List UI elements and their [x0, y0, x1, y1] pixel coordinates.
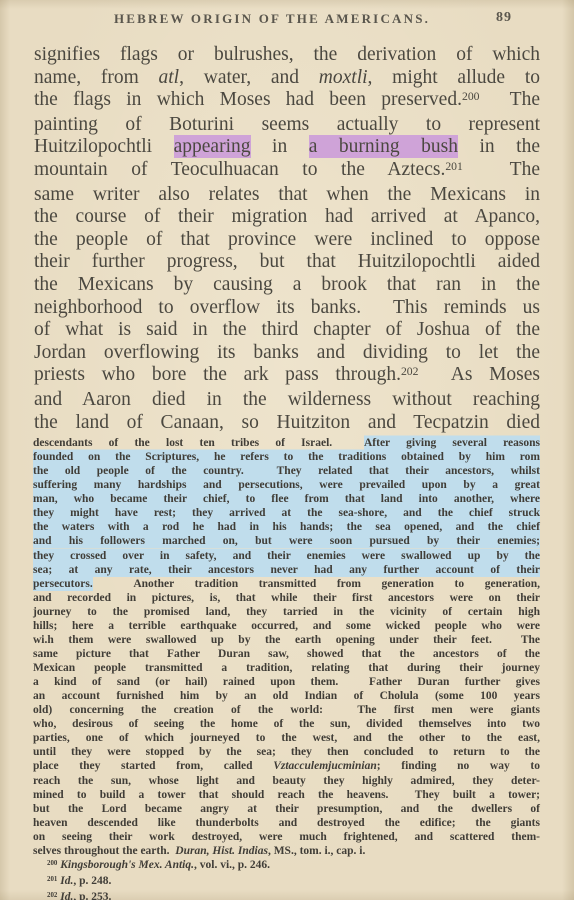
highlight-blue: sea; at any rate, their ancestors never …: [33, 564, 540, 576]
footnote-text-line: sea; at any rate, their ancestors never …: [33, 563, 540, 577]
body-text-line: mountain of Teoculhuacan to the Aztecs.2…: [34, 159, 540, 184]
text-segment: an account furnished him by an old India…: [33, 690, 540, 702]
highlight-blue: the old people of the country. They rela…: [33, 465, 540, 477]
text-segment: the land of Canaan, so Huitziton and Tec…: [34, 412, 540, 433]
highlight-blue: suffering many hardships and persecution…: [33, 479, 540, 491]
text-segment: reach the sun, whose light and beauty th…: [33, 775, 540, 787]
page-number: 89: [496, 10, 512, 26]
highlight-purple: appearing: [174, 136, 251, 157]
text-segment: and Aaron died in the wilderness without…: [34, 389, 540, 410]
text-segment: , might allude to: [368, 67, 540, 88]
highlight-blue: they might have rest; they arrived at th…: [33, 507, 540, 519]
book-page: HEBREW ORIGIN OF THE AMERICANS. 89 signi…: [0, 0, 574, 900]
text-segment: As Moses: [418, 364, 540, 385]
body-text-line: neighborhood to overflow its banks. This…: [34, 297, 540, 320]
highlight-blue: persecutors.: [33, 578, 93, 590]
highlight-blue: the waters with a rod he had in his hand…: [33, 521, 540, 533]
text-segment: a kind of sand (or hail) rained upon the…: [33, 676, 540, 688]
body-text-line: signifies flags or bulrushes, the deriva…: [34, 44, 540, 67]
footnote-marker: 202: [47, 892, 57, 899]
footnote-text-line: descendants of the lost ten tribes of Is…: [33, 436, 540, 450]
text-segment: painting of Boturini seems actually to r…: [34, 114, 540, 135]
footnote-text-line: place they started from, called Vztaccul…: [33, 759, 540, 773]
body-text-line: of what is said in the third chapter of …: [34, 319, 540, 342]
citation-line: 202 Id., p. 253.: [33, 890, 540, 900]
text-segment: , MS., tom. i., cap. i.: [268, 845, 365, 857]
text-segment: the people of that province were incline…: [34, 229, 540, 250]
footnote-text-line: selves throughout the earth. Duran, Hist…: [33, 844, 540, 858]
italic-text: Kingsborough's Mex. Antiq.: [60, 859, 194, 871]
footnote-marker: 200: [47, 860, 57, 867]
footnote-text-line: and his followers marched on, but were s…: [33, 534, 540, 548]
footnote-text-line: who, desirous of seeing the home of the …: [33, 717, 540, 731]
text-segment: Another tradition transmitted from gener…: [93, 578, 540, 590]
body-text-line: the land of Canaan, so Huitziton and Tec…: [34, 412, 540, 435]
body-text-line: the course of their migration had arrive…: [34, 206, 540, 229]
footnote-text-line: founded on the Scriptures, he refers to …: [33, 450, 540, 464]
footnote-text-line: wi.h them were swallowed up by the earth…: [33, 633, 540, 647]
footnote-text-line: until they were stopped by the sea; they…: [33, 745, 540, 759]
footnote-text-line: old) concerning the creation of the worl…: [33, 703, 540, 717]
text-segment: wi.h them were swallowed up by the earth…: [33, 634, 540, 646]
footnote-text-line: the waters with a rod he had in his hand…: [33, 520, 540, 534]
text-segment: the course of their migration had arrive…: [34, 206, 540, 227]
citation-line: 201 Id., p. 248.: [33, 874, 540, 890]
text-segment: their further progress, but that Huitzil…: [34, 251, 540, 272]
body-text-line: their further progress, but that Huitzil…: [34, 251, 540, 274]
italic-text: Id.: [60, 875, 73, 887]
text-segment: in: [251, 136, 309, 157]
text-segment: The: [480, 89, 541, 110]
text-segment: journey to the promised land, they tarri…: [33, 606, 540, 618]
text-segment: selves throughout the earth.: [33, 845, 175, 857]
text-segment: , vol. vi., p. 246.: [194, 859, 270, 871]
footnote-text-line: parties, one of which journeyed to the w…: [33, 731, 540, 745]
footnote-text-line: they might have rest; they arrived at th…: [33, 506, 540, 520]
body-text-line: Huitzilopochtli appearing in a burning b…: [34, 136, 540, 159]
footnote-marker: 201: [445, 160, 463, 173]
text-segment: mined to build a tower that should reach…: [33, 789, 540, 801]
text-segment: the Mexicans by causing a brook that ran…: [34, 274, 540, 295]
italic-text: Duran, Hist. Indias: [175, 845, 268, 857]
text-segment: The: [463, 159, 540, 180]
citation-line: 200 Kingsborough's Mex. Antiq., vol. vi.…: [33, 858, 540, 874]
footnote-marker: 200: [462, 90, 480, 103]
body-text-line: same writer also relates that when the M…: [34, 184, 540, 207]
footnote-block: descendants of the lost ten tribes of Is…: [33, 436, 540, 900]
text-segment: until they were stopped by the sea; they…: [33, 746, 540, 758]
footnote-text-line: but the Lord became angry at their presu…: [33, 802, 540, 816]
highlight-blue: and his followers marched on, but were s…: [33, 535, 540, 547]
text-segment: priests who bore the ark pass through.: [34, 364, 401, 385]
footnote-text-line: the old people of the country. They rela…: [33, 464, 540, 478]
text-segment: , water, and: [179, 67, 319, 88]
text-segment: mountain of Teoculhuacan to the Aztecs.: [34, 159, 445, 180]
text-segment: parties, one of which journeyed to the w…: [33, 732, 540, 744]
footnote-marker: 201: [47, 876, 57, 883]
footnote-text-line: they crossed over in safety, and their e…: [33, 549, 540, 563]
highlight-purple: a burning bush: [309, 136, 458, 157]
footnote-text-line: a kind of sand (or hail) rained upon the…: [33, 675, 540, 689]
body-text-line: the flags in which Moses had been preser…: [34, 89, 540, 114]
footnote-marker: 202: [401, 365, 419, 378]
text-segment: , p. 253.: [73, 891, 111, 900]
body-text-line: the Mexicans by causing a brook that ran…: [34, 274, 540, 297]
text-segment: Mexican people transmitted a tradition, …: [33, 662, 540, 674]
text-segment: hills; here a terrible earthquake occurr…: [33, 620, 540, 632]
body-text-line: painting of Boturini seems actually to r…: [34, 114, 540, 137]
footnote-text-line: heaven descended like thunderbolts and d…: [33, 816, 540, 830]
text-segment: but the Lord became angry at their presu…: [33, 803, 540, 815]
body-text-line: priests who bore the ark pass through.20…: [34, 364, 540, 389]
body-text-line: and Aaron died in the wilderness without…: [34, 389, 540, 412]
text-segment: of what is said in the third chapter of …: [34, 319, 540, 340]
text-segment: same writer also relates that when the M…: [34, 184, 540, 205]
footnote-text-line: on seeing their work destroyed, were muc…: [33, 830, 540, 844]
body-text-line: the people of that province were incline…: [34, 229, 540, 252]
highlight-blue: they crossed over in safety, and their e…: [33, 550, 540, 562]
text-segment: the flags in which Moses had been preser…: [34, 89, 462, 110]
text-segment: Huitzilopochtli: [34, 136, 174, 157]
text-segment: descendants of the lost ten tribes of Is…: [33, 437, 364, 449]
text-segment: , p. 248.: [73, 875, 111, 887]
text-segment: ; finding no way to: [377, 760, 540, 772]
italic-text: Id.: [60, 891, 73, 900]
footnote-text-line: mined to build a tower that should reach…: [33, 788, 540, 802]
body-text-line: Jordan overflowing its banks and dividin…: [34, 342, 540, 365]
footnote-text-line: same picture that Father Duran saw, show…: [33, 647, 540, 661]
text-segment: old) concerning the creation of the worl…: [33, 704, 540, 716]
footnote-text-line: an account furnished him by an old India…: [33, 689, 540, 703]
text-segment: and recorded in pictures, is, that while…: [33, 592, 540, 604]
page-title: HEBREW ORIGIN OF THE AMERICANS.: [114, 11, 430, 27]
text-segment: name, from: [34, 67, 159, 88]
text-segment: in the: [458, 136, 540, 157]
footnote-text-line: suffering many hardships and persecution…: [33, 478, 540, 492]
italic-text: Vztacculemjucminian: [273, 760, 377, 772]
footnote-text-line: man, who became their chief, to flee fro…: [33, 492, 540, 506]
text-segment: on seeing their work destroyed, were muc…: [33, 831, 540, 843]
highlight-blue: man, who became their chief, to flee fro…: [33, 493, 540, 505]
text-segment: signifies flags or bulrushes, the deriva…: [34, 44, 540, 65]
footnote-text-line: and recorded in pictures, is, that while…: [33, 591, 540, 605]
footnote-text-line: hills; here a terrible earthquake occurr…: [33, 619, 540, 633]
highlight-blue: After giving several reasons: [364, 437, 540, 449]
text-segment: Jordan overflowing its banks and dividin…: [34, 342, 540, 363]
body-text-line: name, from atl, water, and moxtli, might…: [34, 67, 540, 90]
italic-text: moxtli: [319, 67, 368, 88]
highlight-blue: founded on the Scriptures, he refers to …: [33, 451, 540, 463]
text-segment: same picture that Father Duran saw, show…: [33, 648, 540, 660]
footnote-text-line: reach the sun, whose light and beauty th…: [33, 774, 540, 788]
footnote-text-line: Mexican people transmitted a tradition, …: [33, 661, 540, 675]
main-paragraph: signifies flags or bulrushes, the deriva…: [34, 44, 540, 434]
footnote-text-line: persecutors. Another tradition transmitt…: [33, 577, 540, 591]
text-segment: place they started from, called: [33, 760, 273, 772]
footnote-text-line: journey to the promised land, they tarri…: [33, 605, 540, 619]
text-segment: heaven descended like thunderbolts and d…: [33, 817, 540, 829]
italic-text: atl: [159, 67, 180, 88]
text-segment: who, desirous of seeing the home of the …: [33, 718, 540, 730]
text-segment: neighborhood to overflow its banks. This…: [34, 297, 540, 318]
